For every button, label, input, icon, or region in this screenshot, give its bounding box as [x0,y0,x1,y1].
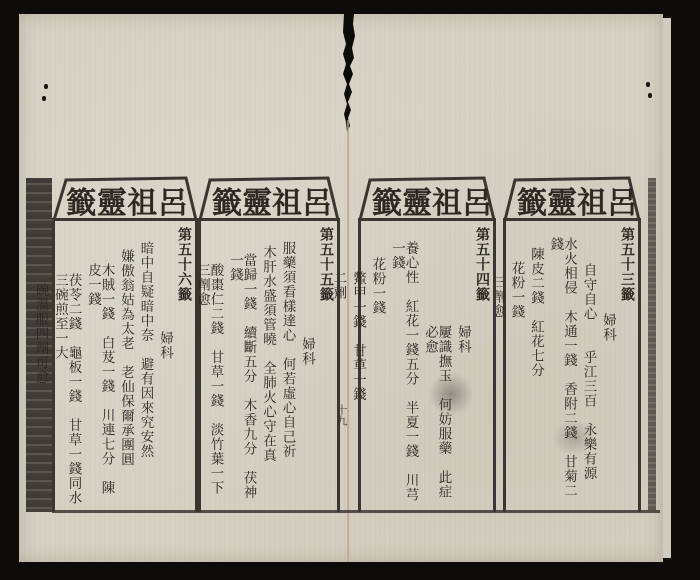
slip-title: 呂 祖 靈 籤 [66,182,188,218]
title-char: 祖 [272,178,302,222]
torn-fold-damage [341,14,357,132]
slip-53: 呂 祖 靈 籤 第五十三籤 婦科 自守自心 乎江三百 永樂有源 水火相侵 木通一… [503,176,641,512]
title-char: 籤 [212,178,242,222]
slip-body: 第五十三籤 婦科 自守自心 乎江三百 永樂有源 水火相侵 木通一錢 香附二錢 甘… [503,218,641,512]
slip-category: 婦科 [300,227,314,506]
slip-title: 呂 祖 靈 籤 [212,182,330,218]
title-char: 靈 [242,178,272,222]
binding-hole [42,96,46,101]
title-char: 靈 [547,178,577,222]
verse-column: 自守自心 乎江三百 永樂有源 [581,227,595,506]
title-char: 祖 [432,178,462,222]
title-char: 呂 [158,178,188,222]
title-char: 靈 [97,178,127,222]
slip-title: 呂 祖 靈 籤 [517,182,631,218]
page-edge [663,18,671,558]
verse-column: 暗中自疑暗中奈 避有因來究安然 [138,227,152,506]
slip-55: 呂 祖 靈 籤 第五十五籤 婦科 服藥須看樣達心 何若虛心自己祈 木肝水盛須管曉… [198,176,340,512]
prescription-column: 茯苓二錢 龜板一錢 甘草一錢同水三碗煎至一大 [53,227,80,506]
title-char: 籤 [66,178,96,222]
binding-hole [648,93,652,98]
center-fold-line [347,120,349,562]
slip-56: 呂 祖 靈 籤 第五十六籤 婦科 暗中自疑暗中奈 避有因來究安然 嫌傲翁姑為太老… [52,176,198,512]
prescription-column: 酸棗仁二錢 甘草一錢 淡竹葉一下 三劑愈 [195,227,222,506]
right-border-ink [648,178,656,510]
title-char: 祖 [127,178,157,222]
slip-number: 第五十四籤 [475,227,489,506]
title-char: 呂 [302,178,332,222]
prescription-column: 陳皮二錢 紅花七分 [529,227,543,506]
slip-number: 第五十三籤 [620,227,634,506]
binding-hole [44,84,48,89]
slip-header: 呂 祖 靈 籤 [198,176,340,220]
dosage-note: 碗溫服四劑可愈 [33,227,47,506]
prescription-column: 當歸一錢 續斷五分 木香九分 茯神一錢 [228,227,255,506]
slip-category: 婦科 [456,227,470,506]
title-char: 籤 [372,178,402,222]
slip-number: 第五十六籤 [177,227,191,506]
verse-column: 水火相侵 木通一錢 香附二錢 甘菊二錢 [548,227,575,506]
slip-category: 婦科 [158,227,172,506]
title-char: 呂 [607,178,637,222]
slip-header: 呂 祖 靈 籤 [358,176,496,220]
verse-column: 服藥須看樣達心 何若虛心自己祈 [280,227,294,506]
title-char: 靈 [402,178,432,222]
prescription-column: 養心性 紅花一錢五分 半夏一錢 川芎一錢 [390,227,417,506]
prescription-column: 鱉甲一錢 甘草一錢 [351,227,365,506]
slip-body: 第五十五籤 婦科 服藥須看樣達心 何若虛心自己祈 木肝水盛須管曉 全肺火心守在真… [198,218,340,512]
verse-column: 嫌傲翁姑為太老 老仙保爾承團圓 [119,227,133,506]
slip-header: 呂 祖 靈 籤 [503,176,641,220]
slip-header: 呂 祖 靈 籤 [52,176,198,220]
title-char: 呂 [462,178,492,222]
slip-54: 呂 祖 靈 籤 第五十四籤 婦科 屢識撫玉 何妨服藥 此症必愈 養心性 紅花一錢… [358,176,496,512]
slip-body: 第五十六籤 婦科 暗中自疑暗中奈 避有因來究安然 嫌傲翁姑為太老 老仙保爾承團圓… [52,218,198,512]
verse-column: 屢識撫玉 何妨服藥 此症必愈 [423,227,450,506]
prescription-column: 花粉一錢 [509,227,523,506]
verse-column: 木肝水盛須管曉 全肺火心守在真 [261,227,275,506]
slip-body: 第五十四籤 婦科 屢識撫玉 何妨服藥 此症必愈 養心性 紅花一錢五分 半夏一錢 … [358,218,496,512]
title-char: 祖 [577,178,607,222]
slip-number: 第五十五籤 [319,227,333,506]
title-char: 籤 [517,178,547,222]
slip-category: 婦科 [601,227,615,506]
prescription-column: 木賊一錢 白芨一錢 川連七分 陳皮一錢 [86,227,113,506]
prescription-column: 花粉一錢 [370,227,384,506]
binding-hole [646,82,650,87]
slip-title: 呂 祖 靈 籤 [372,182,486,218]
